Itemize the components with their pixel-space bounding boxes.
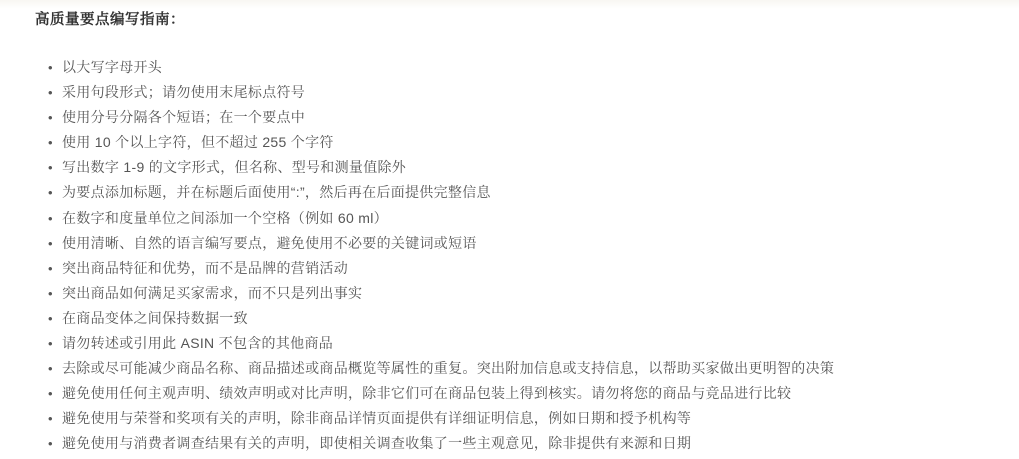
guideline-item: 去除或尽可能减少商品名称、商品描述或商品概览等属性的重复。突出附加信息或支持信息…: [35, 356, 999, 381]
guideline-item: 写出数字 1-9 的文字形式，但名称、型号和测量值除外: [35, 155, 999, 180]
guideline-item: 请勿转述或引用此 ASIN 不包含的其他商品: [35, 331, 999, 356]
guideline-item: 在商品变体之间保持数据一致: [35, 306, 999, 331]
guideline-item: 突出商品特征和优势，而不是品牌的营销活动: [35, 256, 999, 281]
guideline-item: 使用分号分隔各个短语；在一个要点中: [35, 105, 999, 130]
guideline-item: 采用句段形式；请勿使用末尾标点符号: [35, 80, 999, 105]
guideline-item: 使用 10 个以上字符，但不超过 255 个字符: [35, 130, 999, 155]
guideline-item: 突出商品如何满足买家需求，而不只是列出事实: [35, 281, 999, 306]
page-title: 高质量要点编写指南：: [35, 10, 999, 30]
guideline-document: 高质量要点编写指南： 以大写字母开头 采用句段形式；请勿使用末尾标点符号 使用分…: [0, 0, 1019, 457]
guideline-item: 为要点添加标题，并在标题后面使用“:”，然后再在后面提供完整信息: [35, 180, 999, 205]
guideline-item: 避免使用与消费者调查结果有关的声明，即使相关调查收集了一些主观意见，除非提供有来…: [35, 431, 999, 456]
guideline-item: 避免使用与荣誉和奖项有关的声明，除非商品详情页面提供有详细证明信息，例如日期和授…: [35, 406, 999, 431]
guideline-item: 以大写字母开头: [35, 55, 999, 80]
guideline-item: 使用清晰、自然的语言编写要点，避免使用不必要的关键词或短语: [35, 231, 999, 256]
guideline-item: 在数字和度量单位之间添加一个空格（例如 60 ml）: [35, 206, 999, 231]
guideline-list: 以大写字母开头 采用句段形式；请勿使用末尾标点符号 使用分号分隔各个短语；在一个…: [35, 55, 999, 457]
guideline-item: 避免使用任何主观声明、绩效声明或对比声明，除非它们可在商品包装上得到核实。请勿将…: [35, 381, 999, 406]
